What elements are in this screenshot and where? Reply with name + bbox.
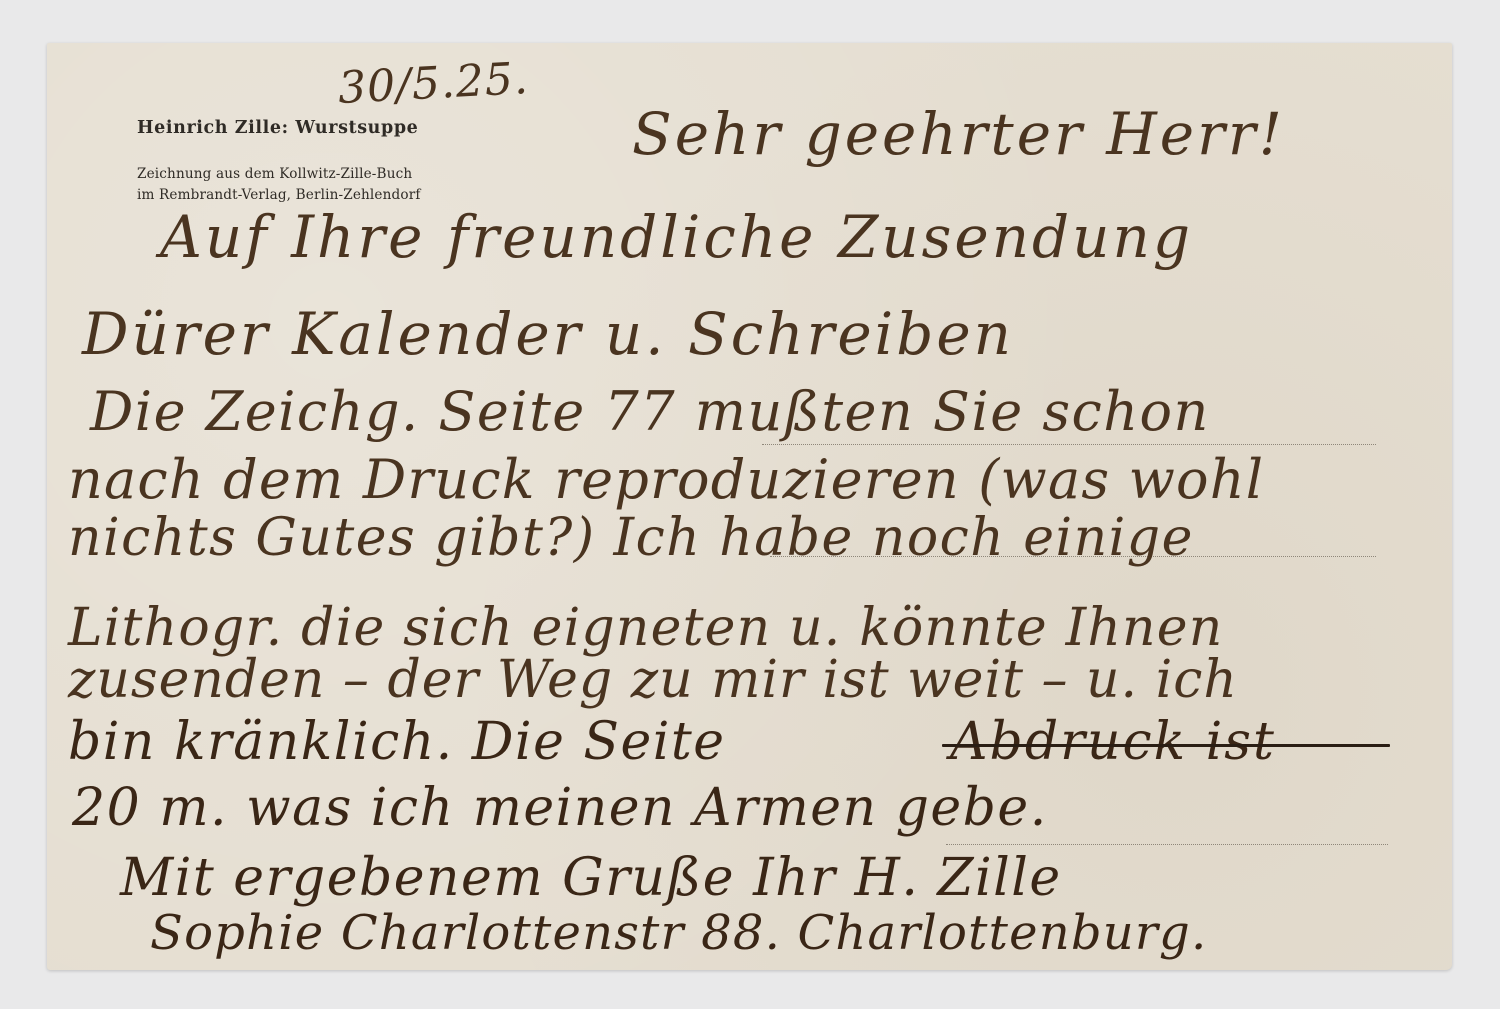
handwritten-closing: Mit ergebenem Gruße Ihr H. Zille (120, 848, 1062, 908)
dotted-rule-1 (762, 444, 1376, 445)
handwritten-line-6: Lithogr. die sich eigneten u. könnte Ihn… (68, 598, 1223, 658)
handwritten-line-3: Die Zeichg. Seite 77 mußten Sie schon (90, 380, 1210, 443)
strikethrough-line (942, 744, 1390, 747)
dotted-rule-3 (946, 844, 1388, 845)
handwritten-line-5: nichts Gutes gibt?) Ich habe noch einige (68, 508, 1194, 568)
handwritten-line-1: Auf Ihre freundliche Zusendung (160, 203, 1193, 271)
handwritten-line-2: Dürer Kalender u. Schreiben (82, 300, 1014, 368)
handwritten-line-8: bin kränklich. Die Seite (68, 712, 726, 772)
printed-caption-line-1: Zeichnung aus dem Kollwitz-Zille-Buch (137, 166, 412, 182)
handwritten-date: 30/5.25. (337, 53, 530, 114)
handwritten-salutation: Sehr geehrter Herr! (632, 100, 1285, 168)
struck-through-text: Abdruck ist (950, 712, 1276, 772)
handwritten-address: Sophie Charlottenstr 88. Charlottenburg. (150, 905, 1207, 961)
handwritten-line-9: 20 m. was ich meinen Armen gebe. (72, 778, 1048, 838)
handwritten-line-4: nach dem Druck reproduzieren (was wohl (68, 448, 1264, 511)
printed-title: Heinrich Zille: Wurstsuppe (137, 118, 418, 138)
printed-caption-line-2: im Rembrandt-Verlag, Berlin-Zehlendorf (137, 187, 421, 203)
handwritten-line-7: zusenden – der Weg zu mir ist weit – u. … (68, 650, 1238, 710)
